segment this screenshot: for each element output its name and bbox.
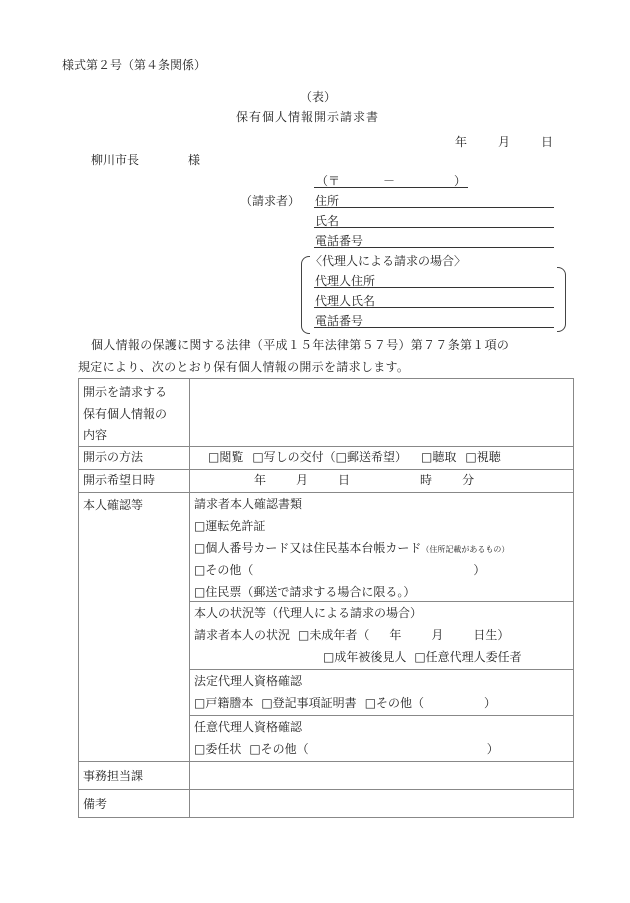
identity-label: 本人確認等 [79,493,190,762]
date-month-label: 月 [498,136,510,148]
agent-bracket-left [301,256,310,334]
agent-phone-underline [314,327,554,328]
legal-agent-registry[interactable]: □登記事項証明書 [261,696,356,710]
request-table: 開示を請求する 保有個人情報の 内容 開示の方法 □閲覧□写しの交付（□郵送希望… [78,378,574,818]
datetime-label: 開示希望日時 [79,470,190,493]
content-label-line-2: 保有個人情報の [83,403,185,425]
identity-docs-mynumber-line: □個人番号カード又は住民基本台帳カード（住所記載があるもの） [194,537,569,559]
voluntary-agent-other[interactable]: □その他（ [249,742,308,756]
date-year-label: 年 [455,136,467,148]
principal-status-minor[interactable]: □未成年者（ [298,628,369,642]
method-option-view[interactable]: □閲覧 [208,450,243,464]
requester-label: （請求者） [240,195,300,207]
table-row-content: 開示を請求する 保有個人情報の 内容 [79,379,574,447]
form-side: （表） [300,91,336,103]
voluntary-agent-heading: 任意代理人資格確認 [194,716,569,738]
principal-status-adult-ward[interactable]: □成年被後見人 [323,650,406,664]
legal-agent-koseki[interactable]: □戸籍謄本 [194,696,253,710]
statement-line-1: 個人情報の保護に関する法律（平成１５年法律第５７号）第７７条第１項の [91,339,509,351]
identity-docs-license[interactable]: □運転免許証 [194,515,569,537]
identity-docs-cell: 請求者本人確認書類 □運転免許証 □個人番号カード又は住民基本台帳カード（住所記… [190,493,574,602]
legal-agent-heading: 法定代理人資格確認 [194,670,569,692]
identity-docs-mynumber[interactable]: □個人番号カード又は住民基本台帳カード [194,541,421,555]
agent-heading: 〈代理人による請求の場合〉 [310,255,466,267]
address-underline [314,207,554,208]
postal-close: ） [454,175,466,187]
name-underline [314,227,554,228]
phone-label: 電話番号 [315,235,363,247]
voluntary-agent-cell: 任意代理人資格確認 □委任状□その他（） [190,716,574,762]
identity-docs-other[interactable]: □その他（ [194,563,253,577]
identity-docs-mynumber-note: （住所記載があるもの） [421,545,509,554]
agent-address-label: 代理人住所 [315,275,375,287]
table-row-method: 開示の方法 □閲覧□写しの交付（□郵送希望）□聴取□視聴 [79,447,574,470]
method-options-cell: □閲覧□写しの交付（□郵送希望）□聴取□視聴 [190,447,574,470]
method-label: 開示の方法 [79,447,190,470]
form-number: 様式第２号（第４条関係） [62,59,206,71]
postal-dash: － [383,175,395,187]
principal-status-minor-year: 年 [389,628,401,642]
method-option-listen[interactable]: □聴取 [421,450,456,464]
honorific: 様 [188,154,200,166]
principal-status-heading: 本人の状況等（代理人による請求の場合） [194,602,569,624]
table-row-datetime: 開示希望日時 年月日時分 [79,470,574,493]
identity-docs-other-close: ） [473,563,485,577]
agent-name-label: 代理人氏名 [315,295,375,307]
method-option-copy[interactable]: □写しの交付（□郵送希望） [252,450,407,464]
datetime-input-cell[interactable]: 年月日時分 [190,470,574,493]
content-label-cell: 開示を請求する 保有個人情報の 内容 [79,379,190,447]
content-input-cell[interactable] [190,379,574,447]
principal-status-line-1: 請求者本人の状況□未成年者（年月日生） [194,624,569,646]
voluntary-agent-poa[interactable]: □委任状 [194,742,241,756]
legal-agent-options: □戸籍謄本□登記事項証明書□その他（） [194,692,569,714]
remarks-input-cell[interactable] [190,790,574,818]
agent-address-underline [314,287,554,288]
phone-underline [314,247,554,248]
agent-bracket-right [557,267,566,332]
postal-open: （〒 [316,175,340,187]
page-title: 保有個人情報開示請求書 [236,111,379,123]
postal-underline [314,187,468,188]
identity-docs-juminhyo[interactable]: □住民票（郵送で請求する場合に限る。） [194,581,569,601]
table-row-department: 事務担当課 [79,762,574,790]
voluntary-agent-options: □委任状□その他（） [194,738,569,760]
legal-agent-other[interactable]: □その他（ [365,696,424,710]
department-input-cell[interactable] [190,762,574,790]
legal-agent-cell: 法定代理人資格確認 □戸籍謄本□登記事項証明書□その他（） [190,670,574,716]
agent-phone-label: 電話番号 [315,315,363,327]
table-row-identity-docs: 本人確認等 請求者本人確認書類 □運転免許証 □個人番号カード又は住民基本台帳カ… [79,493,574,602]
method-option-watch[interactable]: □視聴 [465,450,500,464]
identity-docs-heading: 請求者本人確認書類 [194,493,569,515]
content-label-line-3: 内容 [83,425,185,445]
datetime-minute: 分 [462,473,474,487]
principal-status-minor-day: 日生） [473,628,509,642]
department-label: 事務担当課 [79,762,190,790]
principal-status-label: 請求者本人の状況 [194,628,290,642]
principal-status-line-2: □成年被後見人□任意代理人委任者 [194,646,569,668]
remarks-label: 備考 [79,790,190,818]
datetime-year: 年 [254,473,266,487]
statement-line-2: 規定により、次のとおり保有個人情報の開示を請求します。 [78,361,409,373]
datetime-day: 日 [338,473,350,487]
content-label-line-1: 開示を請求する [83,381,185,403]
principal-status-voluntary[interactable]: □任意代理人委任者 [414,650,521,664]
datetime-hour: 時 [420,473,432,487]
address-label: 住所 [315,195,339,207]
principal-status-cell: 本人の状況等（代理人による請求の場合） 請求者本人の状況□未成年者（年月日生） … [190,602,574,670]
date-day-label: 日 [541,136,553,148]
identity-docs-other-line: □その他（） [194,559,569,581]
datetime-month: 月 [296,473,308,487]
addressee: 柳川市長 [91,154,139,166]
principal-status-minor-month: 月 [431,628,443,642]
name-label: 氏名 [315,215,339,227]
agent-name-underline [314,307,554,308]
voluntary-agent-other-close: ） [487,742,499,756]
legal-agent-other-close: ） [484,696,496,710]
table-row-remarks: 備考 [79,790,574,818]
